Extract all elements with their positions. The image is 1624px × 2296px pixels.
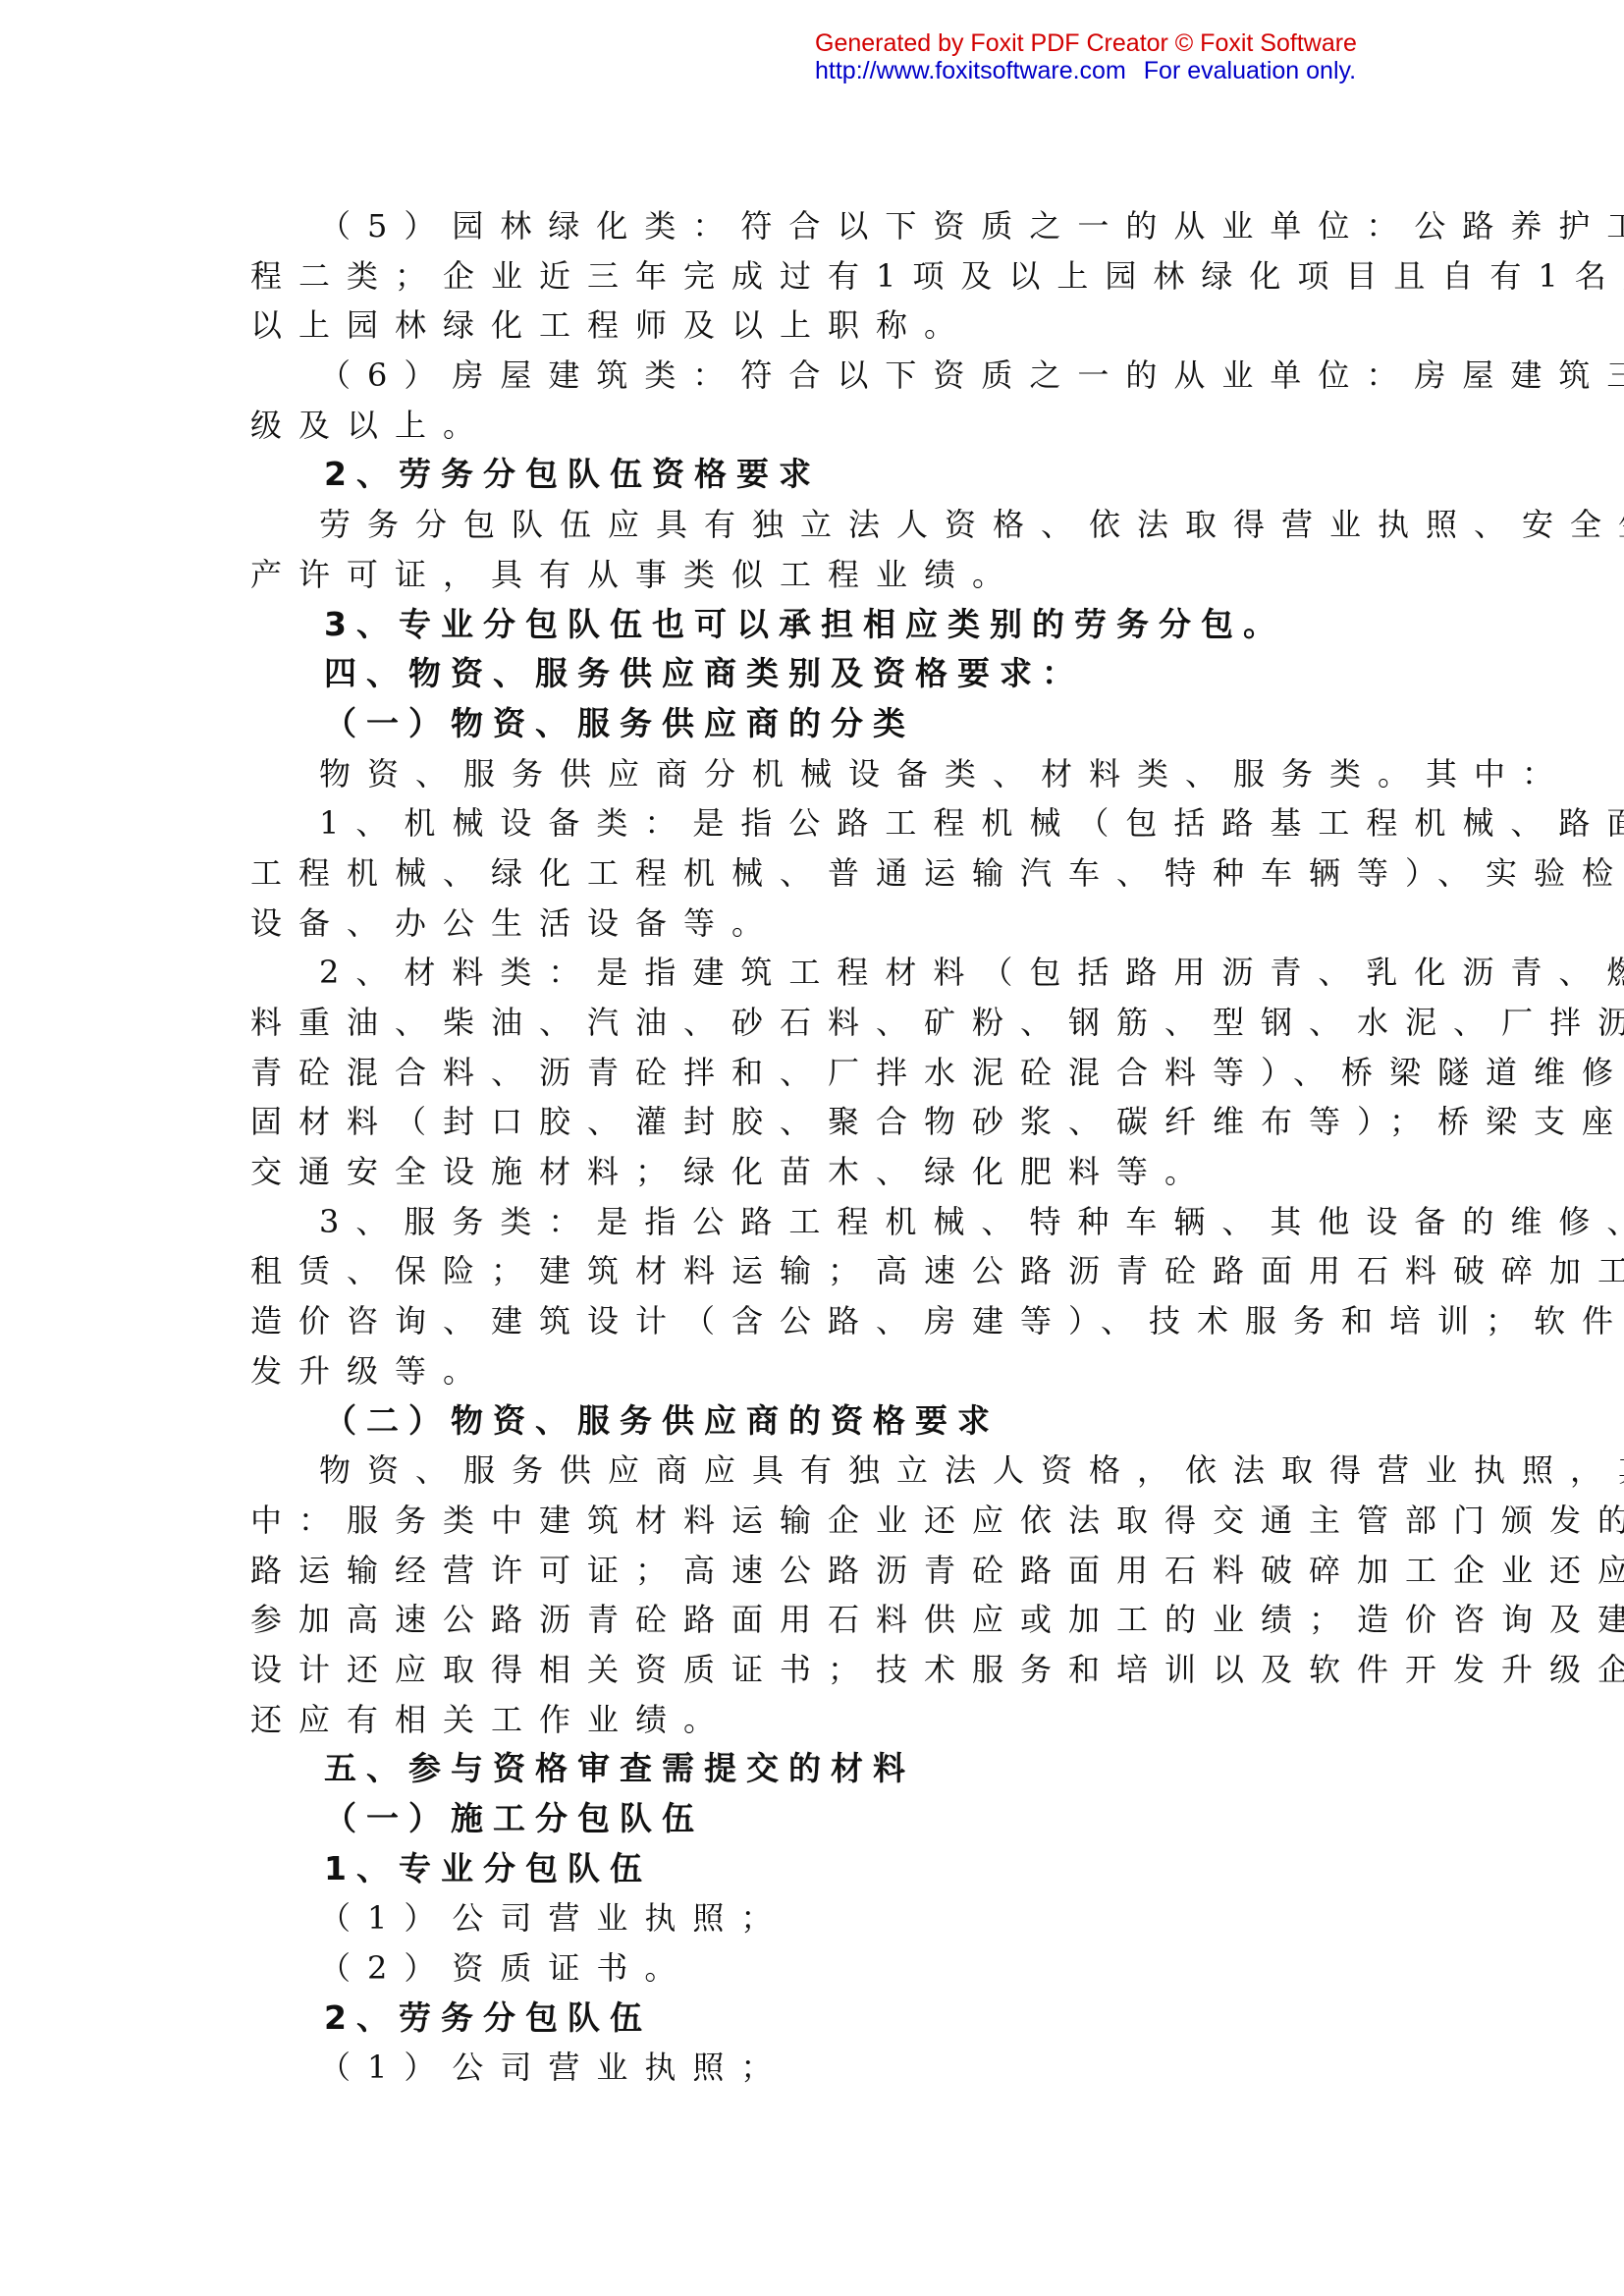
paragraph-line: 工程机械、绿化工程机械、普通运输汽车、特种车辆等）、实验检测 [250, 848, 1380, 899]
paragraph-line: 发升级等。 [250, 1346, 1380, 1396]
paragraph-line: 中：服务类中建筑材料运输企业还应依法取得交通主管部门颁发的道 [250, 1496, 1380, 1546]
paragraph-line: 2、材料类：是指建筑工程材料（包括路用沥青、乳化沥青、燃 [250, 948, 1380, 998]
paragraph-line: 物资、服务供应商分机械设备类、材料类、服务类。其中： [250, 749, 1380, 799]
section-heading: 3、专业分包队伍也可以承担相应类别的劳务分包。 [250, 600, 1380, 650]
watermark-url[interactable]: http://www.foxitsoftware.com [815, 57, 1126, 84]
section-heading: （一）施工分包队伍 [250, 1794, 1380, 1844]
section-heading: 四、物资、服务供应商类别及资格要求： [250, 649, 1380, 699]
paragraph-line: 物资、服务供应商应具有独立法人资格，依法取得营业执照，其 [250, 1446, 1380, 1496]
paragraph-line: 产许可证，具有从事类似工程业绩。 [250, 550, 1380, 600]
paragraph-line: 租赁、保险；建筑材料运输；高速公路沥青砼路面用石料破碎加工； [250, 1246, 1380, 1296]
document-page: （5）园林绿化类：符合以下资质之一的从业单位：公路养护工程二类；企业近三年完成过… [250, 201, 1380, 2093]
watermark-generated-by: Generated by Foxit PDF Creator © Foxit S… [815, 29, 1443, 57]
paragraph-line: 3、服务类：是指公路工程机械、特种车辆、其他设备的维修、 [250, 1197, 1380, 1247]
section-heading: 2、劳务分包队伍 [250, 1994, 1380, 2044]
paragraph-line: 劳务分包队伍应具有独立法人资格、依法取得营业执照、安全生 [250, 500, 1380, 550]
paragraph-line: 路运输经营许可证；高速公路沥青砼路面用石料破碎加工企业还应有 [250, 1546, 1380, 1596]
paragraph-line: 程二类；企业近三年完成过有1项及以上园林绿化项目且自有1名及 [250, 251, 1380, 301]
section-heading: 2、劳务分包队伍资格要求 [250, 450, 1380, 500]
paragraph-line: 以上园林绿化工程师及以上职称。 [250, 301, 1380, 351]
paragraph-line: （1）公司营业执照； [250, 2043, 1380, 2093]
paragraph-line: （5）园林绿化类：符合以下资质之一的从业单位：公路养护工 [250, 201, 1380, 251]
paragraph-line: 设备、办公生活设备等。 [250, 899, 1380, 949]
paragraph-line: 设计还应取得相关资质证书；技术服务和培训以及软件开发升级企业 [250, 1645, 1380, 1695]
paragraph-line: 还应有相关工作业绩。 [250, 1695, 1380, 1745]
paragraph-line: （1）公司营业执照； [250, 1893, 1380, 1943]
watermark-url-line: http://www.foxitsoftware.comFor evaluati… [815, 57, 1443, 84]
paragraph-line: 1、机械设备类：是指公路工程机械（包括路基工程机械、路面 [250, 798, 1380, 848]
paragraph-line: 交通安全设施材料；绿化苗木、绿化肥料等。 [250, 1147, 1380, 1197]
paragraph-line: 料重油、柴油、汽油、砂石料、矿粉、钢筋、型钢、水泥、厂拌沥 [250, 998, 1380, 1048]
section-heading: 五、参与资格审查需提交的材料 [250, 1744, 1380, 1794]
section-heading: 1、专业分包队伍 [250, 1844, 1380, 1894]
watermark-evaluation-note: For evaluation only. [1144, 57, 1356, 84]
section-heading: （二）物资、服务供应商的资格要求 [250, 1396, 1380, 1447]
paragraph-line: （2）资质证书。 [250, 1943, 1380, 1994]
paragraph-line: 参加高速公路沥青砼路面用石料供应或加工的业绩；造价咨询及建筑 [250, 1595, 1380, 1645]
foxit-watermark: Generated by Foxit PDF Creator © Foxit S… [815, 29, 1443, 84]
paragraph-line: 级及以上。 [250, 401, 1380, 451]
paragraph-line: 造价咨询、建筑设计（含公路、房建等）、技术服务和培训；软件开 [250, 1296, 1380, 1346]
paragraph-line: 青砼混合料、沥青砼拌和、厂拌水泥砼混合料等）、桥梁隧道维修加 [250, 1048, 1380, 1098]
paragraph-line: 固材料（封口胶、灌封胶、聚合物砂浆、碳纤维布等）；桥梁支座； [250, 1097, 1380, 1147]
paragraph-line: （6）房屋建筑类：符合以下资质之一的从业单位：房屋建筑三 [250, 351, 1380, 401]
section-heading: （一）物资、服务供应商的分类 [250, 699, 1380, 749]
